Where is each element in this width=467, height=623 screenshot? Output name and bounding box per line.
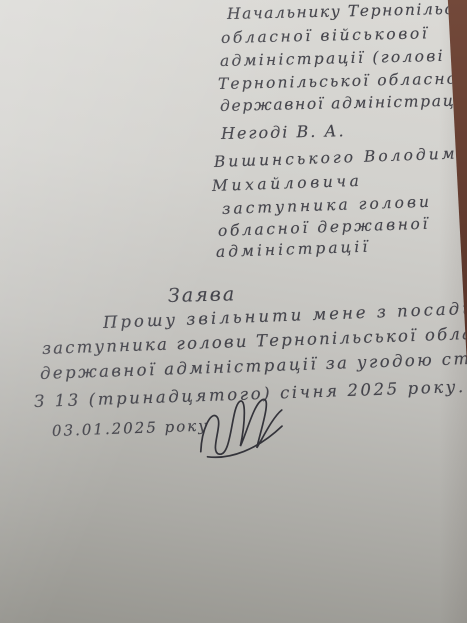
applicant-line: Михайловича (212, 172, 363, 195)
signature-flourish (184, 389, 296, 469)
addressee-line: адміністрації (голові (220, 47, 445, 70)
addressee-line: державної адміністрації) (220, 91, 467, 115)
applicant-line: адміністрації (216, 238, 371, 261)
addressee-name: Негоді В. А. (221, 121, 346, 143)
paper-sheet: Начальнику Тернопільської обласної війсь… (0, 0, 467, 623)
applicant-line: обласної державної (218, 215, 431, 240)
applicant-line: Вишинського Володимира (214, 143, 467, 171)
photo-background: Начальнику Тернопільської обласної війсь… (0, 0, 467, 623)
statement-title: Заява (168, 283, 237, 307)
addressee-line: Тернопільської обласної (218, 69, 466, 93)
applicant-line: заступника голови (222, 193, 433, 218)
addressee-line: Начальнику Тернопільської (227, 0, 467, 23)
addressee-line: обласної військової (221, 24, 430, 47)
